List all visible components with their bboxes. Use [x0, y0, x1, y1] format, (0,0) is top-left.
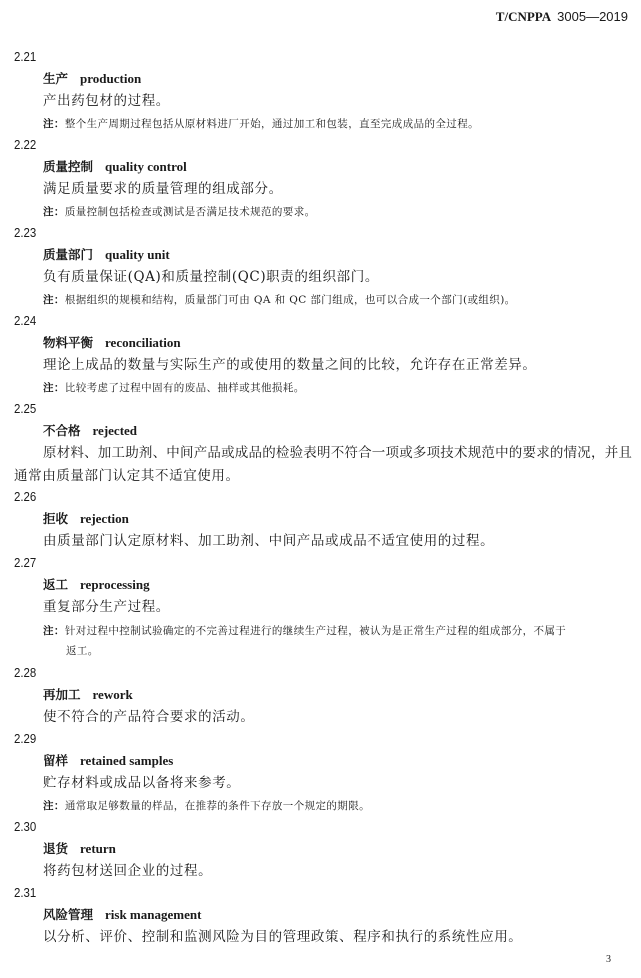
term-heading: 生产production: [43, 70, 141, 88]
clause-number: 2.21: [14, 48, 36, 66]
term-english: production: [80, 71, 141, 86]
note-text: 质量控制包括检查或测试是否满足技术规范的要求。: [65, 206, 316, 218]
term-english: retained samples: [80, 753, 173, 768]
term-definition: 负有质量保证(QA)和质量控制(QC)职责的组织部门。: [43, 268, 379, 286]
term-heading: 风险管理risk management: [43, 906, 201, 924]
term-english: risk management: [105, 907, 201, 922]
term-note: 注：比较考虑了过程中固有的废品、抽样或其他损耗。: [43, 379, 305, 397]
note-label: 注：: [43, 382, 65, 394]
term-heading: 不合格rejected: [43, 422, 137, 440]
term-english: return: [80, 841, 116, 856]
term-english: quality control: [105, 159, 187, 174]
term-chinese: 质量部门: [43, 247, 93, 262]
term-chinese: 风险管理: [43, 907, 93, 922]
term-note: 注：针对过程中控制试验确定的不完善过程进行的继续生产过程，被认为是正常生产过程的…: [43, 622, 566, 640]
term-definition-continued: 通常由质量部门认定其不适宜使用。: [14, 467, 240, 485]
clause-number: 2.22: [14, 136, 36, 154]
term-english: rejection: [80, 511, 129, 526]
note-label: 注：: [43, 625, 65, 637]
term-chinese: 再加工: [43, 687, 81, 702]
page-number: 3: [606, 951, 611, 969]
clause-number: 2.29: [14, 730, 36, 748]
term-english: rejected: [93, 423, 138, 438]
term-english: quality unit: [105, 247, 170, 262]
term-definition: 将药包材送回企业的过程。: [43, 862, 212, 880]
term-chinese: 留样: [43, 753, 68, 768]
term-chinese: 退货: [43, 841, 68, 856]
term-note-continued: 返工。: [66, 642, 99, 660]
term-heading: 再加工rework: [43, 686, 133, 704]
document-header: T/CNPPA3005—2019: [496, 8, 628, 26]
term-note: 注：通常取足够数量的样品，在推荐的条件下存放一个规定的期限。: [43, 797, 370, 815]
clause-number: 2.25: [14, 400, 36, 418]
term-definition: 由质量部门认定原材料、加工助剂、中间产品或成品不适宜使用的过程。: [43, 532, 494, 550]
term-heading: 质量部门quality unit: [43, 246, 170, 264]
note-text: 通常取足够数量的样品，在推荐的条件下存放一个规定的期限。: [65, 800, 370, 812]
clause-number: 2.26: [14, 488, 36, 506]
standard-org: T/CNPPA: [496, 9, 551, 24]
term-note: 注：质量控制包括检查或测试是否满足技术规范的要求。: [43, 203, 316, 221]
note-text: 针对过程中控制试验确定的不完善过程进行的继续生产过程，被认为是正常生产过程的组成…: [65, 625, 566, 637]
clause-number: 2.31: [14, 884, 36, 902]
term-definition: 重复部分生产过程。: [43, 598, 170, 616]
term-definition: 满足质量要求的质量管理的组成部分。: [43, 180, 283, 198]
term-note: 注：根据组织的规模和结构，质量部门可由 QA 和 QC 部门组成，也可以合成一个…: [43, 291, 516, 309]
term-chinese: 不合格: [43, 423, 81, 438]
term-chinese: 生产: [43, 71, 68, 86]
term-chinese: 物料平衡: [43, 335, 93, 350]
clause-number: 2.28: [14, 664, 36, 682]
term-heading: 拒收rejection: [43, 510, 129, 528]
term-heading: 留样retained samples: [43, 752, 173, 770]
clause-number: 2.24: [14, 312, 36, 330]
term-english: reprocessing: [80, 577, 150, 592]
term-definition: 使不符合的产品符合要求的活动。: [43, 708, 255, 726]
term-heading: 退货return: [43, 840, 116, 858]
note-text: 比较考虑了过程中固有的废品、抽样或其他损耗。: [65, 382, 305, 394]
term-definition: 理论上成品的数量与实际生产的或使用的数量之间的比较，允许存在正常差异。: [43, 356, 537, 374]
term-chinese: 拒收: [43, 511, 68, 526]
standard-number: 3005—2019: [557, 9, 628, 24]
term-heading: 返工reprocessing: [43, 576, 150, 594]
clause-number: 2.30: [14, 818, 36, 836]
term-chinese: 返工: [43, 577, 68, 592]
term-english: rework: [93, 687, 133, 702]
term-definition: 以分析、评价、控制和监测风险为目的管理政策、程序和执行的系统性应用。: [43, 928, 522, 946]
term-heading: 质量控制quality control: [43, 158, 187, 176]
note-text: 根据组织的规模和结构，质量部门可由 QA 和 QC 部门组成，也可以合成一个部门…: [65, 294, 516, 306]
term-note: 注：整个生产周期过程包括从原材料进厂开始，通过加工和包装，直至完成成品的全过程。: [43, 115, 479, 133]
clause-number: 2.23: [14, 224, 36, 242]
term-english: reconciliation: [105, 335, 181, 350]
term-heading: 物料平衡reconciliation: [43, 334, 181, 352]
note-label: 注：: [43, 294, 65, 306]
term-definition: 贮存材料或成品以备将来参考。: [43, 774, 240, 792]
term-chinese: 质量控制: [43, 159, 93, 174]
term-definition: 原材料、加工助剂、中间产品或成品的检验表明不符合一项或多项技术规范中的要求的情况…: [43, 444, 632, 462]
note-text: 整个生产周期过程包括从原材料进厂开始，通过加工和包装，直至完成成品的全过程。: [65, 118, 479, 130]
note-label: 注：: [43, 118, 65, 130]
note-label: 注：: [43, 800, 65, 812]
clause-number: 2.27: [14, 554, 36, 572]
note-label: 注：: [43, 206, 65, 218]
term-definition: 产出药包材的过程。: [43, 92, 170, 110]
